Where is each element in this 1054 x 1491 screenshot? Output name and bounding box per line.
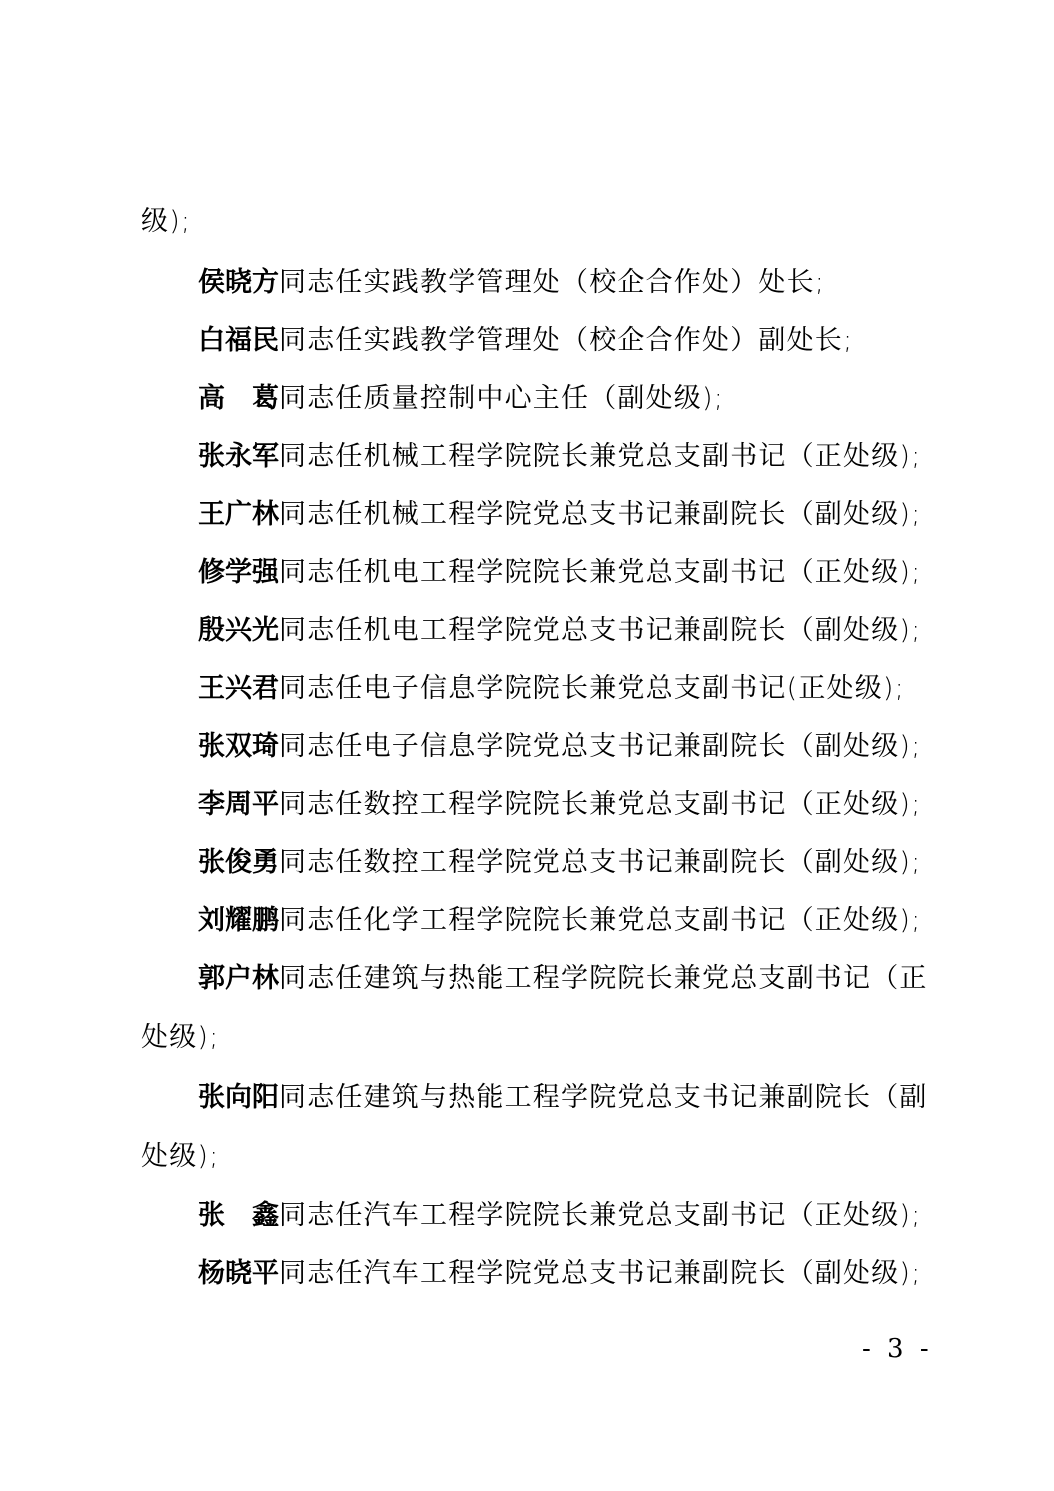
appointment-entry: 高 葛同志任质量控制中心主任（副处级);: [198, 383, 724, 415]
appointment-entry: 刘耀鹏同志任化学工程学院院长兼党总支副书记（正处级);: [198, 905, 921, 937]
appointment-text: 同志任建筑与热能工程学院党总支书记兼副院长（副: [279, 1082, 928, 1113]
appointment-text: 同志任实践教学管理处（校企合作处）副处长;: [279, 325, 853, 356]
person-name: 白福民: [198, 325, 279, 356]
appointment-text: 同志任机械工程学院院长兼党总支副书记（正处级);: [279, 441, 921, 472]
appointment-entry: 张永军同志任机械工程学院院长兼党总支副书记（正处级);: [198, 441, 921, 473]
person-name: 王兴君: [198, 673, 279, 704]
appointment-text: 同志任数控工程学院院长兼党总支副书记（正处级);: [279, 789, 921, 820]
person-name: 张俊勇: [198, 847, 279, 878]
appointment-entry: 王广林同志任机械工程学院党总支书记兼副院长（副处级);: [198, 499, 921, 531]
appointment-text: 同志任机电工程学院党总支书记兼副院长（副处级);: [279, 615, 921, 646]
appointment-entry: 李周平同志任数控工程学院院长兼党总支副书记（正处级);: [198, 789, 921, 821]
person-name: 刘耀鹏: [198, 905, 279, 936]
appointment-text: 同志任质量控制中心主任（副处级);: [279, 383, 724, 414]
continuation-line: 处级);: [141, 1141, 219, 1173]
appointment-text: 同志任化学工程学院院长兼党总支副书记（正处级);: [279, 905, 921, 936]
continuation-line: 处级);: [141, 1022, 219, 1054]
continuation-line: 级);: [141, 206, 191, 238]
appointment-entry: 张 鑫同志任汽车工程学院院长兼党总支副书记（正处级);: [198, 1200, 921, 1232]
appointment-entry: 张俊勇同志任数控工程学院党总支书记兼副院长（副处级);: [198, 847, 921, 879]
appointment-text: 同志任数控工程学院党总支书记兼副院长（副处级);: [279, 847, 921, 878]
person-name: 李周平: [198, 789, 279, 820]
appointment-entry: 白福民同志任实践教学管理处（校企合作处）副处长;: [198, 325, 853, 357]
document-page: 级); 侯晓方同志任实践教学管理处（校企合作处）处长; 白福民同志任实践教学管理…: [0, 0, 1054, 1491]
appointment-entry: 张双琦同志任电子信息学院党总支书记兼副院长（副处级);: [198, 731, 921, 763]
person-name: 张永军: [198, 441, 279, 472]
appointment-text: 同志任汽车工程学院院长兼党总支副书记（正处级);: [279, 1200, 921, 1231]
page-number: - 3 -: [862, 1334, 933, 1364]
appointment-text: 同志任电子信息学院院长兼党总支副书记(正处级);: [279, 673, 905, 704]
appointment-entry: 杨晓平同志任汽车工程学院党总支书记兼副院长（副处级);: [198, 1258, 921, 1290]
appointment-entry: 王兴君同志任电子信息学院院长兼党总支副书记(正处级);: [198, 673, 905, 705]
appointment-entry: 殷兴光同志任机电工程学院党总支书记兼副院长（副处级);: [198, 615, 921, 647]
appointment-entry: 修学强同志任机电工程学院院长兼党总支副书记（正处级);: [198, 557, 921, 589]
person-name: 高 葛: [198, 383, 279, 414]
appointment-entry: 郭户林同志任建筑与热能工程学院院长兼党总支副书记（正: [198, 963, 928, 995]
person-name: 杨晓平: [198, 1258, 279, 1289]
appointment-text: 同志任电子信息学院党总支书记兼副院长（副处级);: [279, 731, 921, 762]
appointment-text: 同志任汽车工程学院党总支书记兼副院长（副处级);: [279, 1258, 921, 1289]
appointment-text: 同志任建筑与热能工程学院院长兼党总支副书记（正: [279, 963, 928, 994]
appointment-entry: 张向阳同志任建筑与热能工程学院党总支书记兼副院长（副: [198, 1082, 928, 1114]
appointment-text: 同志任实践教学管理处（校企合作处）处长;: [279, 267, 825, 298]
person-name: 张 鑫: [198, 1200, 279, 1231]
person-name: 张向阳: [198, 1082, 279, 1113]
person-name: 张双琦: [198, 731, 279, 762]
appointment-entry: 侯晓方同志任实践教学管理处（校企合作处）处长;: [198, 267, 825, 299]
appointment-text: 同志任机械工程学院党总支书记兼副院长（副处级);: [279, 499, 921, 530]
person-name: 郭户林: [198, 963, 279, 994]
person-name: 殷兴光: [198, 615, 279, 646]
appointment-text: 同志任机电工程学院院长兼党总支副书记（正处级);: [279, 557, 921, 588]
person-name: 侯晓方: [198, 267, 279, 298]
person-name: 修学强: [198, 557, 279, 588]
person-name: 王广林: [198, 499, 279, 530]
